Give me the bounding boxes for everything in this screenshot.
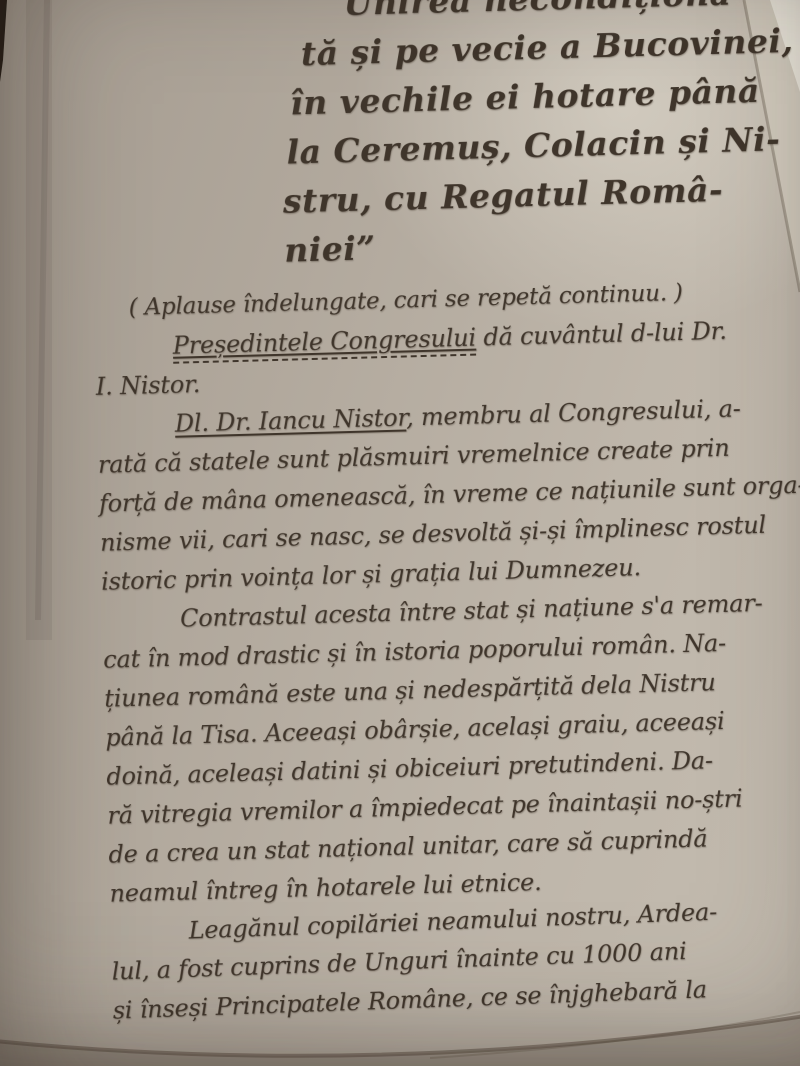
text-segment: la Ceremuș, Colacin și Ni- <box>286 119 781 171</box>
manuscript-text: Unirea necondiționa-tă și pe vecie a Buc… <box>85 0 800 1031</box>
text-segment: stru, cu Regatul Româ- <box>282 170 723 221</box>
manuscript-page: Unirea necondiționa-tă și pe vecie a Buc… <box>0 0 800 1066</box>
text-segment: tă și pe vecie a Bucovinei, <box>300 21 794 73</box>
text-segment: în vechile ei hotare până <box>290 71 761 123</box>
manuscript-photo: Unirea necondiționa-tă și pe vecie a Buc… <box>0 0 800 1066</box>
underlined-phrase: Președintele Congresului <box>172 324 476 364</box>
left-crease <box>26 0 52 640</box>
underlined-phrase: Dl. Dr. Iancu Nistor <box>174 403 406 437</box>
text-segment: , membru al Congresului, a- <box>406 394 741 431</box>
text-segment: I. Nistor. <box>95 370 200 401</box>
left-crease-line <box>38 0 47 620</box>
text-segment: niei” <box>284 228 377 269</box>
text-segment: dă cuvântul d-lui Dr. <box>476 317 727 352</box>
left-dark-sliver <box>0 0 7 82</box>
